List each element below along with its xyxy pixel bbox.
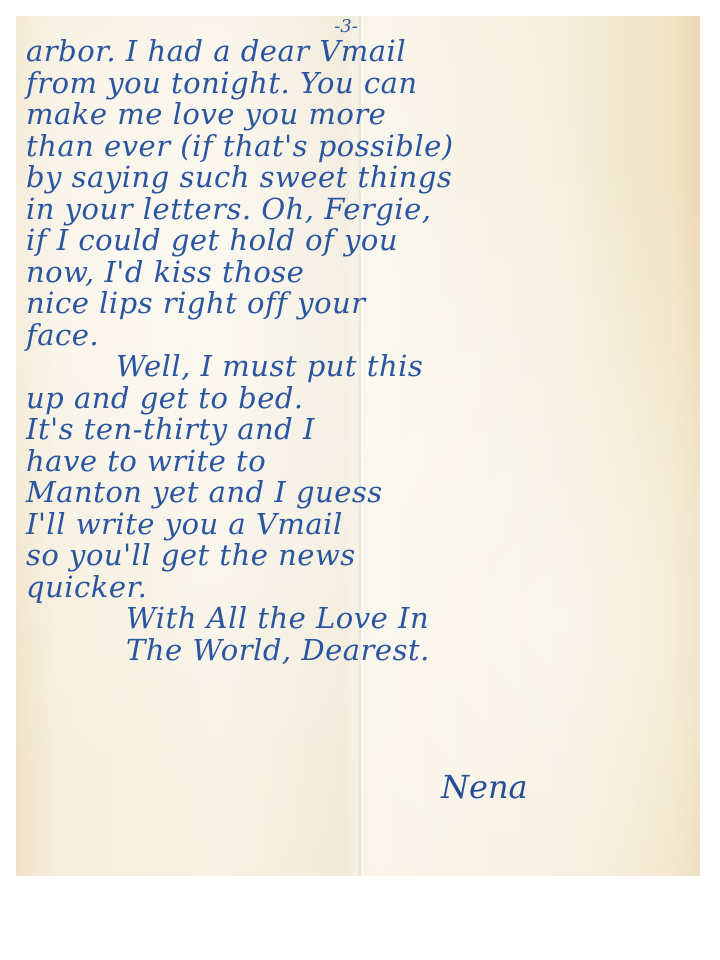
letter-line: if I could get hold of you xyxy=(26,225,696,257)
letter-line: in your letters. Oh, Fergie, xyxy=(26,194,696,226)
closing-line: With All the Love In xyxy=(26,603,696,635)
letter-line: have to write to xyxy=(26,446,696,478)
letter-line: nice lips right off your xyxy=(26,288,696,320)
letter-line: quicker. xyxy=(26,572,696,604)
letter-line: from you tonight. You can xyxy=(26,68,696,100)
letter-line: by saying such sweet things xyxy=(26,162,696,194)
letter-line: so you'll get the news xyxy=(26,540,696,572)
letter-line: up and get to bed. xyxy=(26,383,696,415)
letter-line: now, I'd kiss those xyxy=(26,257,696,289)
letter-line: Manton yet and I guess xyxy=(26,477,696,509)
letter-line: It's ten-thirty and I xyxy=(26,414,696,446)
letter-line: make me love you more xyxy=(26,99,696,131)
closing-line: The World, Dearest. xyxy=(26,635,696,667)
letter-page: -3- arbor. I had a dear Vmail from you t… xyxy=(16,16,700,876)
letter-line: I'll write you a Vmail xyxy=(26,509,696,541)
letter-body: arbor. I had a dear Vmail from you tonig… xyxy=(26,36,696,666)
letter-line: face. xyxy=(26,320,696,352)
signature: Nena xyxy=(441,768,528,806)
letter-line: Well, I must put this xyxy=(26,351,696,383)
letter-line: arbor. I had a dear Vmail xyxy=(26,36,696,68)
letter-line: than ever (if that's possible) xyxy=(26,131,696,163)
